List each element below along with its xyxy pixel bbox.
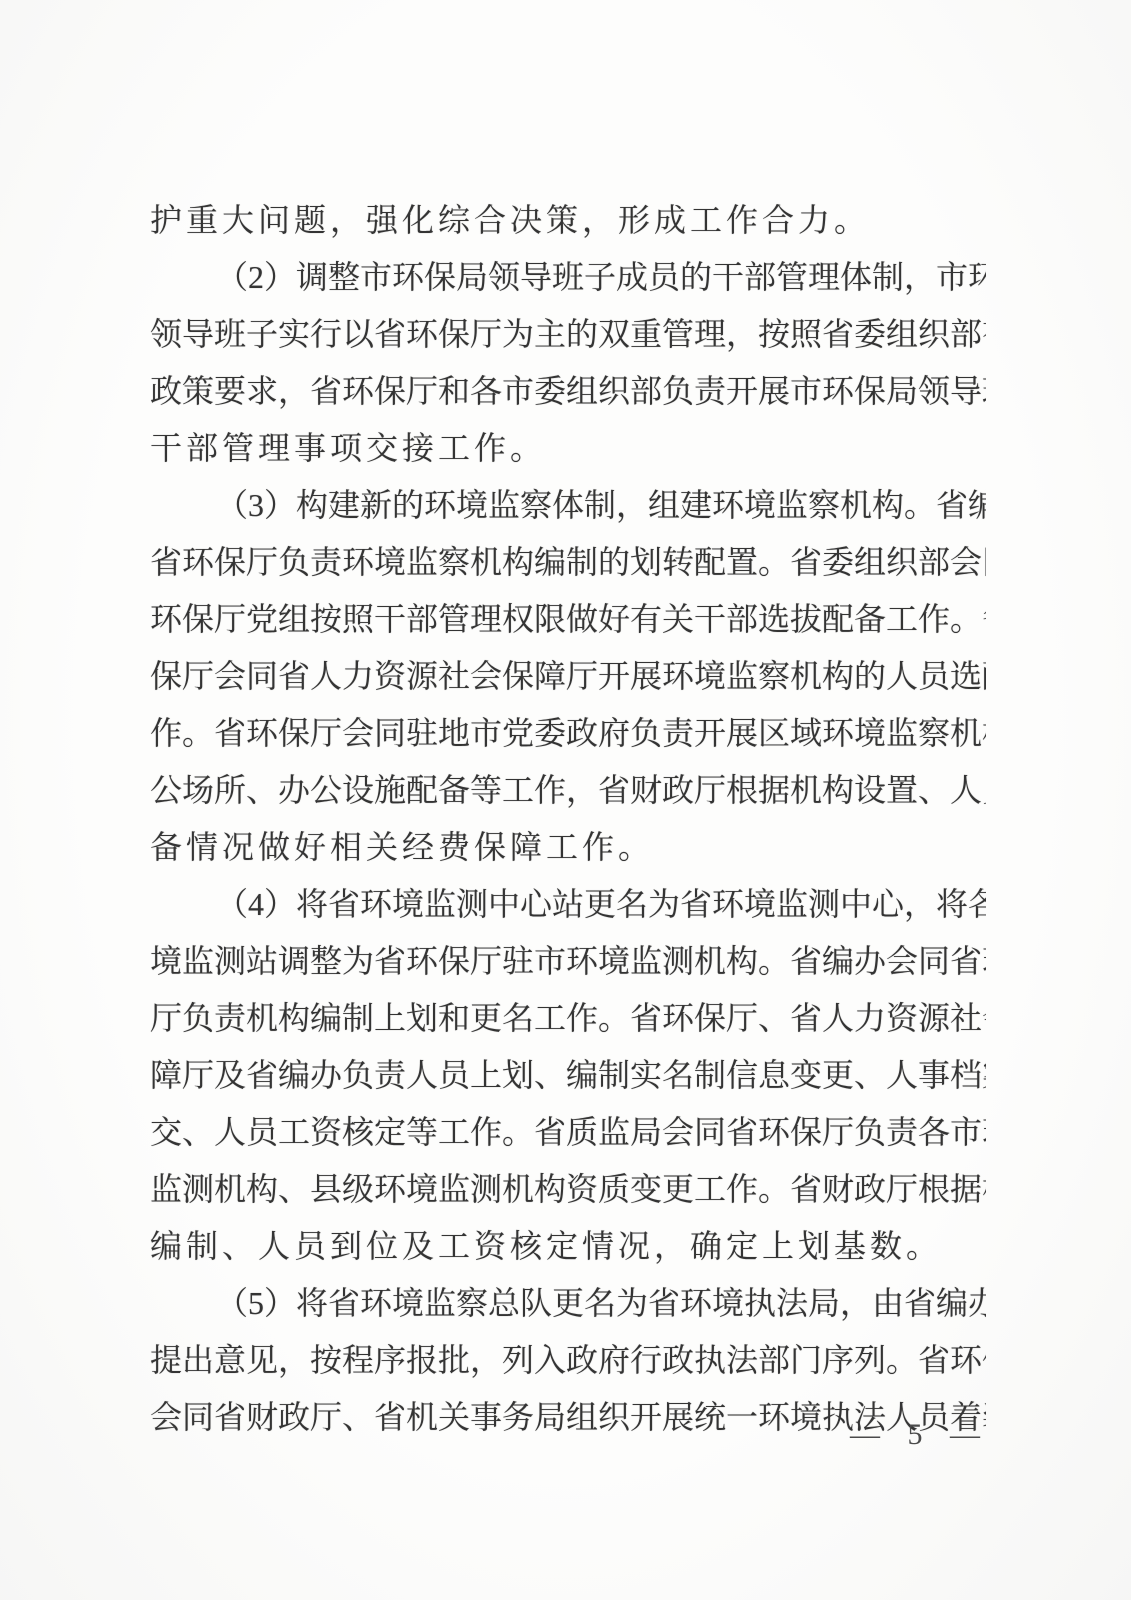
text-line: （2）调整市环保局领导班子成员的干部管理体制，市环保局 <box>150 249 986 306</box>
text-line: 省环保厅负责环境监察机构编制的划转配置。省委组织部会同省 <box>150 534 986 591</box>
text-line: 提出意见，按程序报批，列入政府行政执法部门序列。省环保厅 <box>150 1332 986 1389</box>
text-line: 领导班子实行以省环保厅为主的双重管理，按照省委组织部有关 <box>150 306 986 363</box>
text-line: 政策要求，省环保厅和各市委组织部负责开展市环保局领导班子 <box>150 363 986 420</box>
document-page: 护重大问题，强化综合决策，形成工作合力。 （2）调整市环保局领导班子成员的干部管… <box>0 0 1131 1600</box>
text-line: 环保厅党组按照干部管理权限做好有关干部选拔配备工作。省环 <box>150 591 986 648</box>
text-line: 保厅会同省人力资源社会保障厅开展环境监察机构的人员选配工 <box>150 648 986 705</box>
text-line: 厅负责机构编制上划和更名工作。省环保厅、省人力资源社会保 <box>150 990 986 1047</box>
text-line: 编制、人员到位及工资核定情况，确定上划基数。 <box>150 1218 986 1275</box>
text-line: （3）构建新的环境监察体制，组建环境监察机构。省编办、 <box>150 477 986 534</box>
text-line: 监测机构、县级环境监测机构资质变更工作。省财政厅根据机构 <box>150 1161 986 1218</box>
page-number: — 5 — <box>850 1418 990 1452</box>
text-line: 境监测站调整为省环保厅驻市环境监测机构。省编办会同省环保 <box>150 933 986 990</box>
text-line: 公场所、办公设施配备等工作，省财政厅根据机构设置、人员配 <box>150 762 986 819</box>
text-line: 备情况做好相关经费保障工作。 <box>150 819 986 876</box>
text-line: 作。省环保厅会同驻地市党委政府负责开展区域环境监察机构办 <box>150 705 986 762</box>
text-line: （4）将省环境监测中心站更名为省环境监测中心，将各市环 <box>150 876 986 933</box>
text-line: 障厅及省编办负责人员上划、编制实名制信息变更、人事档案移 <box>150 1047 986 1104</box>
text-line: （5）将省环境监察总队更名为省环境执法局，由省编办负责 <box>150 1275 986 1332</box>
text-line: 交、人员工资核定等工作。省质监局会同省环保厅负责各市环境 <box>150 1104 986 1161</box>
text-line: 干部管理事项交接工作。 <box>150 420 986 477</box>
document-text-block: 护重大问题，强化综合决策，形成工作合力。 （2）调整市环保局领导班子成员的干部管… <box>150 192 986 1446</box>
text-line: 护重大问题，强化综合决策，形成工作合力。 <box>150 192 986 249</box>
